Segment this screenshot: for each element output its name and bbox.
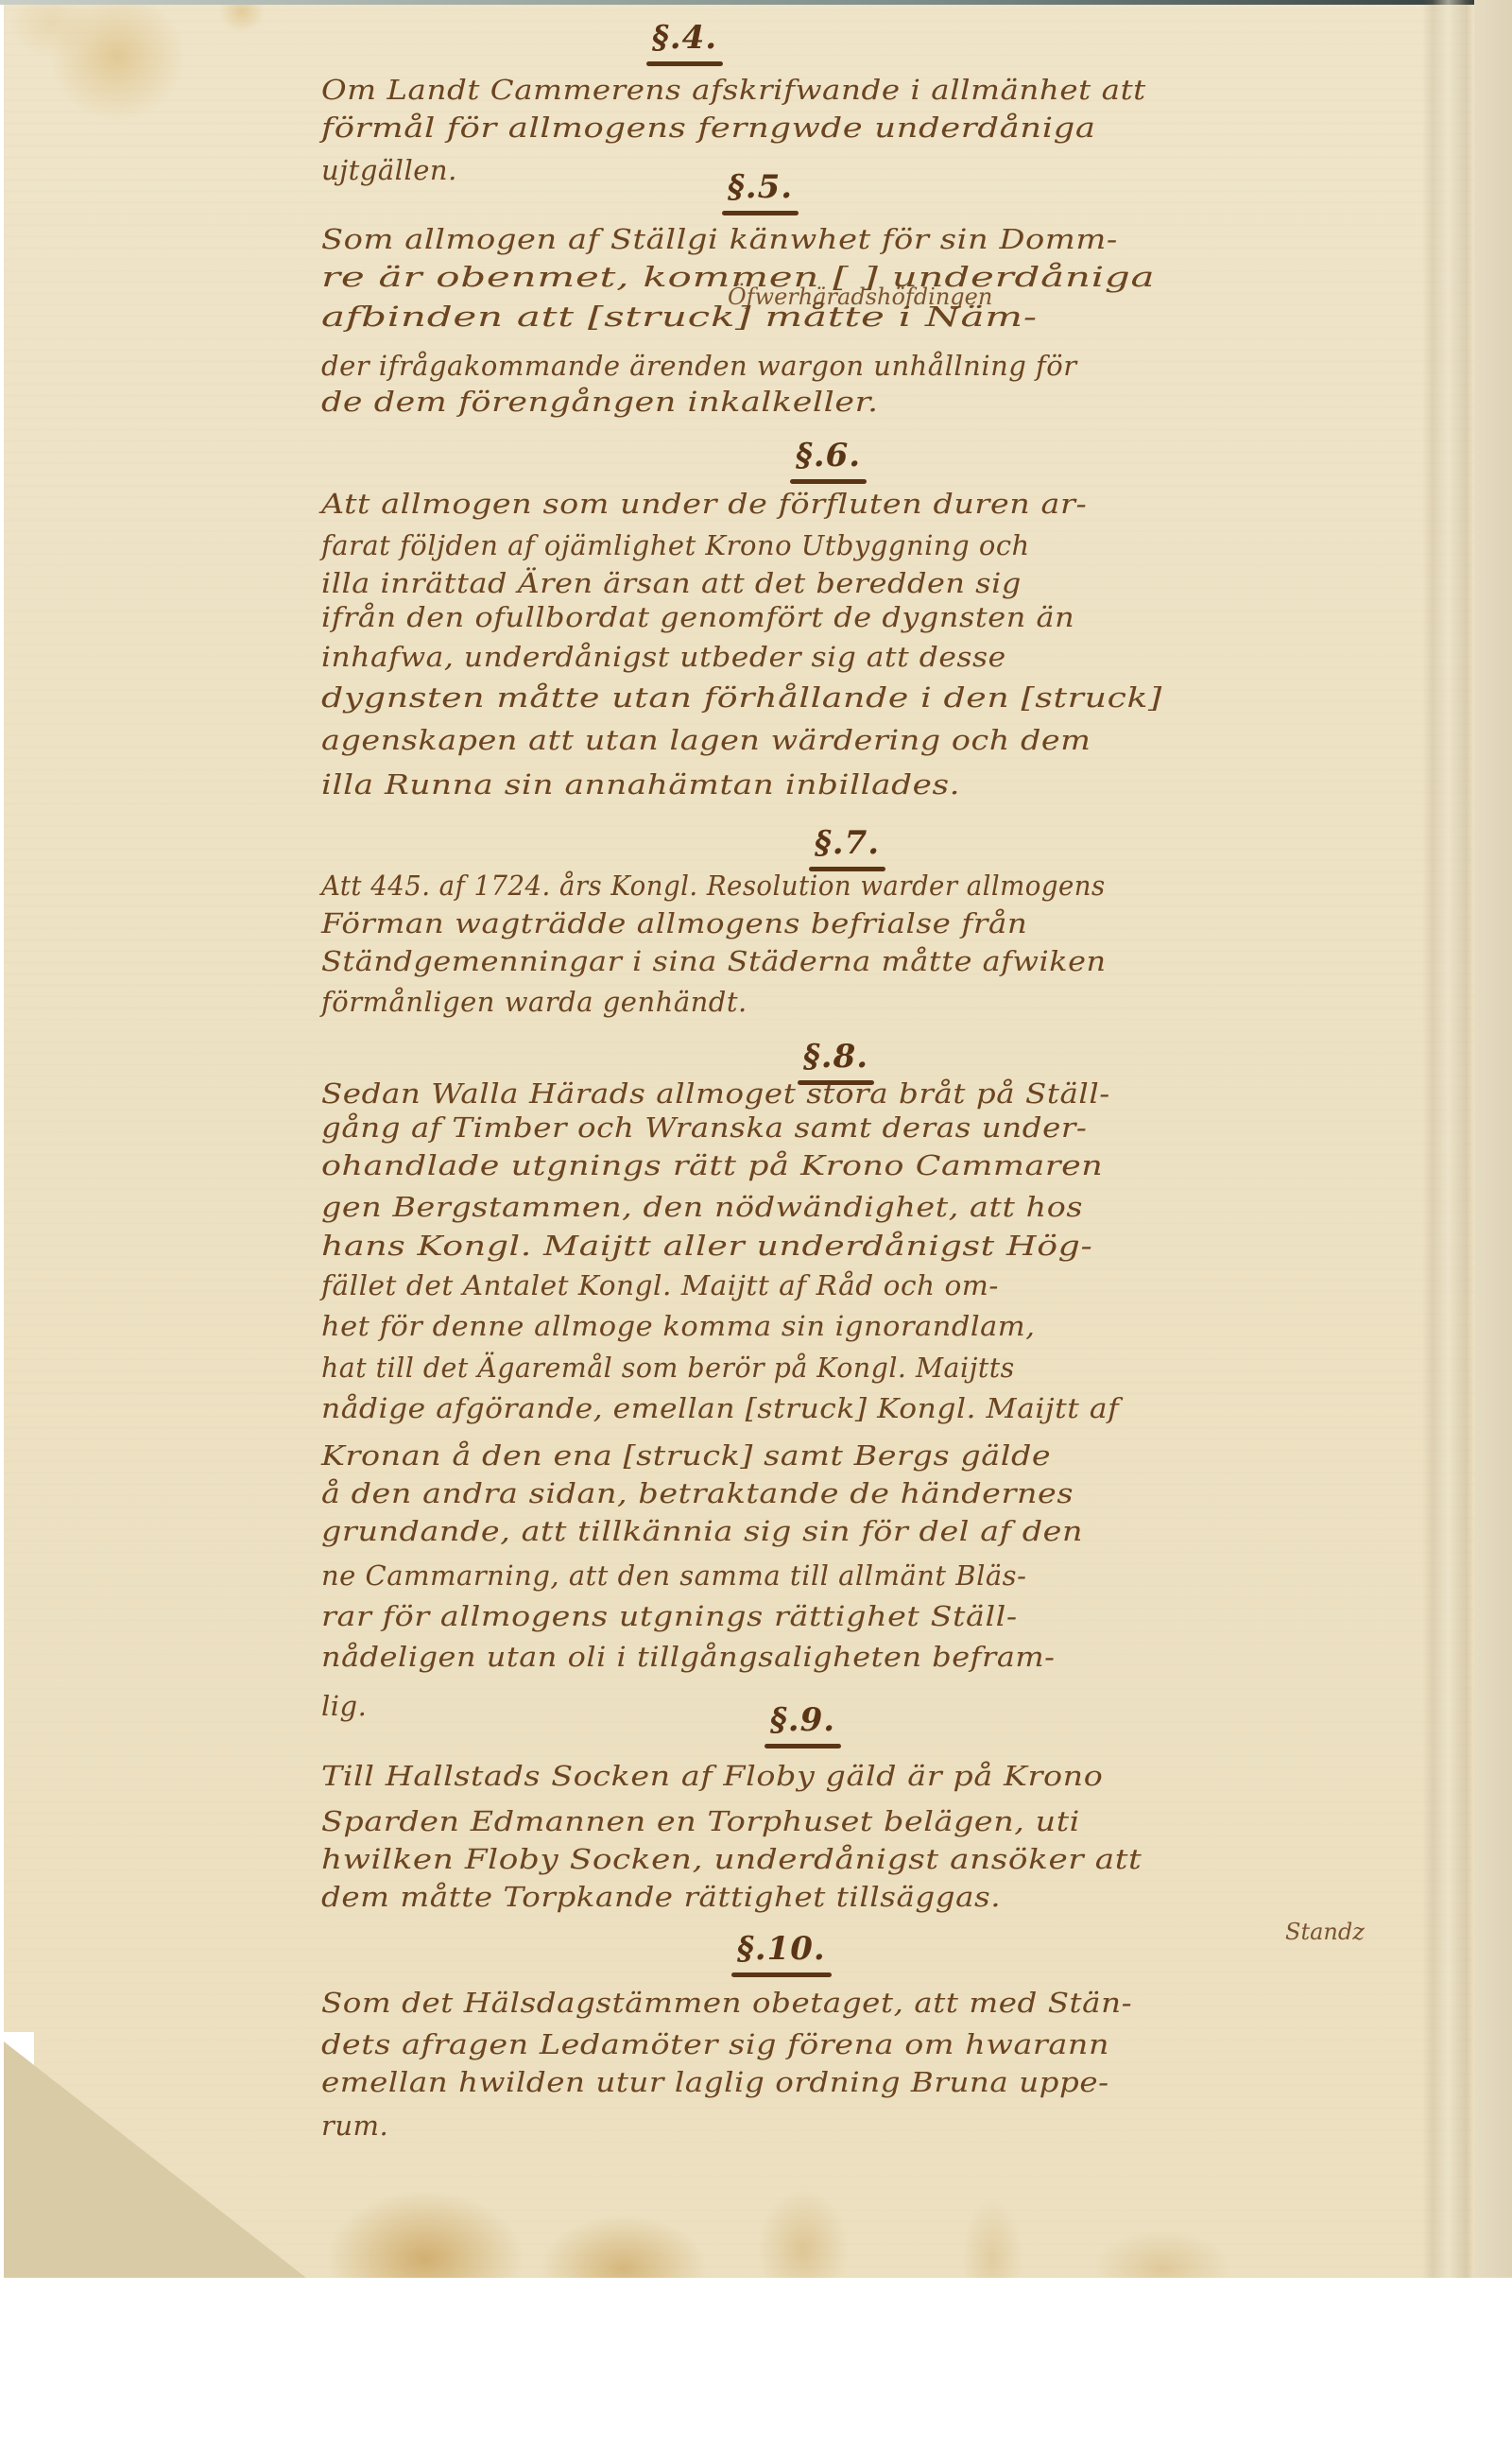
section-9-line-3: hwilken Floby Socken, underdånigst ansök… bbox=[321, 1843, 1142, 1875]
section-8-line-9: nådige afgörande, emellan [struck] Kongl… bbox=[321, 1392, 1119, 1424]
section-7-line-4: förmånligen warda genhändt. bbox=[321, 986, 747, 1018]
section-8-line-12: grundande, att tillkännia sig sin för de… bbox=[321, 1515, 1083, 1547]
section-10-line-3: emellan hwilden utur laglig ordning Brun… bbox=[321, 2066, 1109, 2098]
section-6-line-8: illa Runna sin annahämtan inbillades. bbox=[321, 768, 960, 801]
section-heading-4: §.4. bbox=[652, 19, 717, 57]
section-4-line-2: förmål för allmogens ferngwde underdånig… bbox=[321, 112, 1096, 144]
margin-note: Standz bbox=[1285, 1919, 1365, 1945]
section-10-line-1: Som det Hälsdagstämmen obetaget, att med… bbox=[321, 1987, 1132, 2019]
section-7-line-2: Förman wagträdde allmogens befrialse frå… bbox=[321, 907, 1027, 939]
section-8-line-6: fället det Antalet Kongl. Maijtt af Råd … bbox=[321, 1269, 999, 1301]
section-5-line-3: afbinden att [struck] måtte i Näm- bbox=[321, 301, 1038, 333]
section-4-line-1: Om Landt Cammerens afskrifwande i allmän… bbox=[321, 74, 1146, 106]
section-5-line-1: Som allmogen af Ställgi känwhet för sin … bbox=[321, 223, 1118, 255]
section-5-line-5: de dem förengången inkalkeller. bbox=[321, 386, 879, 418]
section-8-line-8: hat till det Ägaremål som berör på Kongl… bbox=[321, 1352, 1015, 1384]
section-heading-10: §.10. bbox=[737, 1930, 826, 1968]
section-6-line-2: farat följden af ojämlighet Krono Utbygg… bbox=[321, 529, 1030, 561]
section-4-line-3: ujtgällen. bbox=[321, 154, 457, 186]
section-8-line-11: å den andra sidan, betraktande de händer… bbox=[321, 1477, 1074, 1509]
section-heading-8: §.8. bbox=[803, 1038, 868, 1076]
section-8-line-5: hans Kongl. Maijtt aller underdånigst Hö… bbox=[321, 1230, 1092, 1262]
section-8-line-13: ne Cammarning, att den samma till allmän… bbox=[321, 1559, 1026, 1592]
manuscript-text: §.4. Om Landt Cammerens afskrifwande i a… bbox=[0, 0, 1512, 2446]
section-10-line-2: dets afragen Ledamöter sig förena om hwa… bbox=[321, 2028, 1109, 2060]
section-heading-7: §.7. bbox=[815, 824, 880, 862]
section-8-line-2: gång af Timber och Wranska samt deras un… bbox=[321, 1111, 1087, 1144]
section-8-line-1: Sedan Walla Härads allmoget stora bråt p… bbox=[321, 1077, 1110, 1110]
section-9-line-4: dem måtte Torpkande rättighet tillsäggas… bbox=[321, 1881, 1001, 1913]
section-heading-5: §.5. bbox=[728, 168, 793, 206]
section-8-line-14: rar för allmogens utgnings rättighet Stä… bbox=[321, 1600, 1018, 1632]
section-heading-9: §.9. bbox=[770, 1701, 835, 1739]
section-9-line-2: Sparden Edmannen en Torphuset belägen, u… bbox=[321, 1805, 1080, 1837]
section-6-line-7: agenskapen att utan lagen wärdering och … bbox=[321, 724, 1091, 756]
section-5-line-4: der ifrågakommande ärenden wargon unhåll… bbox=[321, 350, 1077, 382]
section-7-line-3: Ständgemenningar i sina Städerna måtte a… bbox=[321, 945, 1107, 977]
section-10-line-4: rum. bbox=[321, 2110, 388, 2142]
section-6-line-1: Att allmogen som under de förfluten dure… bbox=[321, 488, 1087, 520]
section-6-line-4: ifrån den ofullbordat genomfört de dygns… bbox=[321, 601, 1074, 633]
section-7-line-1: Att 445. af 1724. års Kongl. Resolution … bbox=[321, 870, 1106, 902]
section-8-line-10: Kronan å den ena [struck] samt Bergs gäl… bbox=[321, 1439, 1051, 1472]
section-8-line-15: nådeligen utan oli i tillgångsaligheten … bbox=[321, 1641, 1056, 1673]
section-6-line-5: inhafwa, underdånigst utbeder sig att de… bbox=[321, 641, 1006, 673]
section-8-line-3: ohandlade utgnings rätt på Krono Cammare… bbox=[321, 1149, 1103, 1181]
section-8-line-16: lig. bbox=[321, 1690, 367, 1722]
section-6-line-6: dygnsten måtte utan förhållande i den [s… bbox=[321, 681, 1162, 714]
section-8-line-4: gen Bergstammen, den nödwändighet, att h… bbox=[321, 1191, 1083, 1223]
section-9-line-1: Till Hallstads Socken af Floby gäld är p… bbox=[321, 1760, 1103, 1792]
section-6-line-3: illa inrättad Ären ärsan att det beredde… bbox=[321, 567, 1022, 599]
section-8-line-7: het för denne allmoge komma sin ignorand… bbox=[321, 1310, 1035, 1342]
section-heading-6: §.6. bbox=[796, 437, 861, 474]
